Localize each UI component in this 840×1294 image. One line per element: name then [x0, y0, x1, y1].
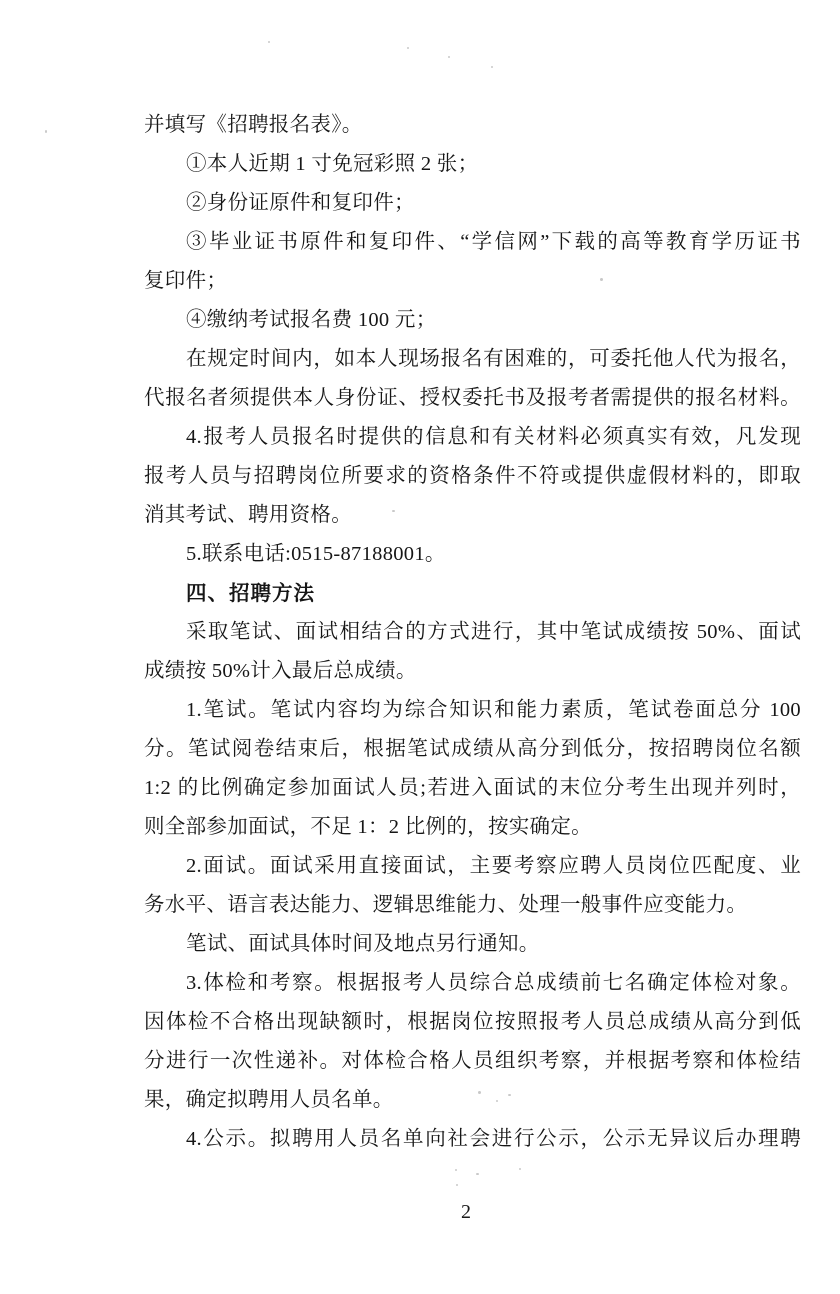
text-line: ③毕业证书原件和复印件、“学信网”下载的高等教育学历证书	[144, 223, 801, 262]
scan-speck	[392, 510, 395, 512]
text-line: 务水平、语言表达能力、逻辑思维能力、处理一般事件应变能力。	[144, 886, 801, 925]
text-line: 分进行一次性递补。对体检合格人员组织考察，并根据考察和体检结	[144, 1042, 801, 1081]
text-line: 3.体检和考察。根据报考人员综合总成绩前七名确定体检对象。	[144, 964, 801, 1003]
text-line: 代报名者须提供本人身份证、授权委托书及报考者需提供的报名材料。	[144, 379, 801, 418]
text-line: 果，确定拟聘用人员名单。	[144, 1081, 801, 1120]
text-line: 2.面试。面试采用直接面试，主要考察应聘人员岗位匹配度、业	[144, 847, 801, 886]
scan-speck	[508, 1094, 511, 1096]
text-line: ④缴纳考试报名费 100 元；	[144, 301, 801, 340]
scan-speck	[268, 41, 270, 43]
scan-speck	[45, 130, 47, 133]
scan-speck	[491, 66, 493, 68]
text-line: 1.笔试。笔试内容均为综合知识和能力素质，笔试卷面总分 100	[144, 691, 801, 730]
page-number: 2	[455, 1201, 477, 1223]
text-line: 报考人员与招聘岗位所要求的资格条件不符或提供虚假材料的，即取	[144, 457, 801, 496]
scan-speck	[496, 1100, 498, 1102]
text-line: 因体检不合格出现缺额时，根据岗位按照报考人员总成绩从高分到低	[144, 1003, 801, 1042]
scan-speck	[519, 1168, 521, 1170]
text-line: 并填写《招聘报名表》。	[144, 106, 801, 145]
scan-speck	[455, 1169, 457, 1171]
text-line: 在规定时间内，如本人现场报名有困难的，可委托他人代为报名，	[144, 340, 801, 379]
scan-speck	[476, 1173, 479, 1175]
scan-speck	[456, 1184, 458, 1186]
scan-speck	[448, 56, 450, 58]
text-line: 则全部参加面试，不足 1：2 比例的，按实确定。	[144, 808, 801, 847]
section-heading: 四、招聘方法	[144, 574, 801, 613]
document-body: 并填写《招聘报名表》。①本人近期 1 寸免冠彩照 2 张；②身份证原件和复印件；…	[144, 106, 801, 1159]
text-line: 分。笔试阅卷结束后，根据笔试成绩从高分到低分，按招聘岗位名额	[144, 730, 801, 769]
scanned-document-page: 并填写《招聘报名表》。①本人近期 1 寸免冠彩照 2 张；②身份证原件和复印件；…	[0, 0, 840, 1294]
text-line: 采取笔试、面试相结合的方式进行，其中笔试成绩按 50%、面试	[144, 613, 801, 652]
text-line: 4.报考人员报名时提供的信息和有关材料必须真实有效，凡发现	[144, 418, 801, 457]
text-line: 4.公示。拟聘用人员名单向社会进行公示，公示无异议后办理聘	[144, 1120, 801, 1159]
text-line: 笔试、面试具体时间及地点另行通知。	[144, 925, 801, 964]
scan-speck	[407, 47, 409, 49]
text-line: ②身份证原件和复印件；	[144, 184, 801, 223]
scan-speck	[600, 278, 603, 281]
text-line: 成绩按 50%计入最后总成绩。	[144, 652, 801, 691]
text-line: 消其考试、聘用资格。	[144, 496, 801, 535]
text-line: 复印件；	[144, 262, 801, 301]
text-line: ①本人近期 1 寸免冠彩照 2 张；	[144, 145, 801, 184]
text-line: 1:2 的比例确定参加面试人员;若进入面试的末位分考生出现并列时，	[144, 769, 801, 808]
text-line: 5.联系电话:0515-87188001。	[144, 535, 801, 574]
scan-speck	[478, 1091, 481, 1094]
